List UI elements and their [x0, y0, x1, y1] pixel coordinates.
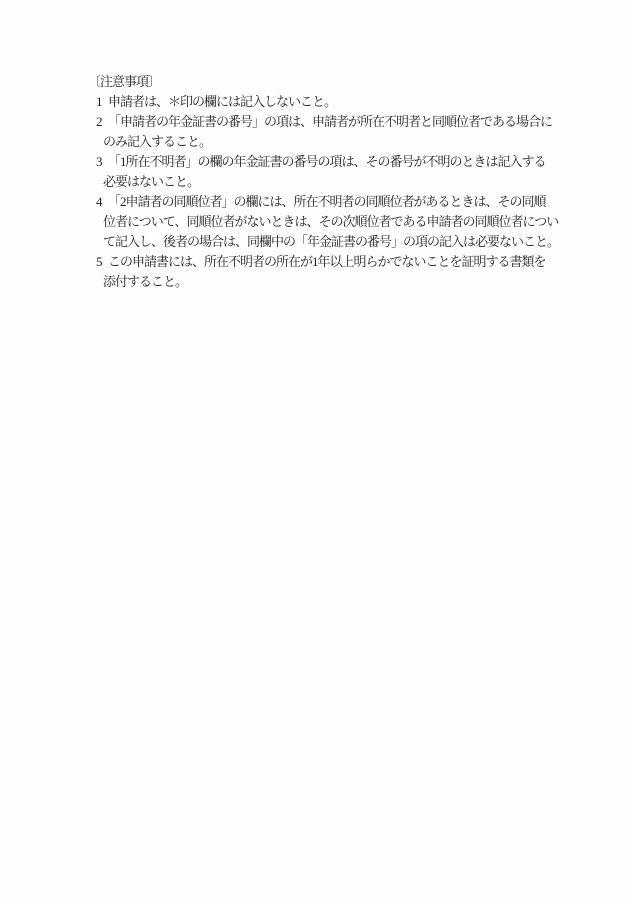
note-item-2-text: 「申請者の年金証書の番号」の項は、申請者が所在不明者と同順位者である場合に	[108, 114, 552, 129]
note-item-3-line-2: 必要はないこと。	[88, 172, 559, 192]
note-item-4-line-1: 4「2申請者の同順位者」の欄には、所在不明者の同順位者があるときは、その同順	[88, 192, 559, 212]
note-item-1-line-1: 1申請者は、＊印の欄には記入しないこと。	[88, 92, 559, 112]
note-item-5-line-1: 5この申請書には、所在不明者の所在が1年以上明らかでないことを証明する書類を	[88, 252, 559, 272]
note-item-3-number: 3	[96, 152, 108, 172]
note-item-5-text: この申請書には、所在不明者の所在が1年以上明らかでないことを証明する書類を	[108, 254, 546, 269]
note-item-1-text: 申請者は、＊印の欄には記入しないこと。	[108, 94, 336, 109]
notes-section: 〔注意事項〕 1申請者は、＊印の欄には記入しないこと。 2「申請者の年金証書の番…	[88, 72, 559, 292]
note-item-2-number: 2	[96, 112, 108, 132]
note-item-4-text: 「2申請者の同順位者」の欄には、所在不明者の同順位者があるときは、その同順	[108, 194, 546, 209]
note-item-4-line-3: て記入し、後者の場合は、同欄中の「年金証書の番号」の項の記入は必要ないこと。	[88, 232, 559, 252]
note-item-4-number: 4	[96, 192, 108, 212]
note-item-5-line-2: 添付すること。	[88, 272, 559, 292]
note-item-3-text: 「1所在不明者」の欄の年金証書の番号の項は、その番号が不明のときは記入する	[108, 154, 546, 169]
note-item-4-line-2: 位者について、同順位者がないときは、その次順位者である申請者の同順位者につい	[88, 212, 559, 232]
document-page: 〔注意事項〕 1申請者は、＊印の欄には記入しないこと。 2「申請者の年金証書の番…	[0, 0, 630, 903]
note-item-2-line-1: 2「申請者の年金証書の番号」の項は、申請者が所在不明者と同順位者である場合に	[88, 112, 559, 132]
note-item-1-number: 1	[96, 92, 108, 112]
note-item-3-line-1: 3「1所在不明者」の欄の年金証書の番号の項は、その番号が不明のときは記入する	[88, 152, 559, 172]
note-item-2-line-2: のみ記入すること。	[88, 132, 559, 152]
note-item-5-number: 5	[96, 252, 108, 272]
notes-heading: 〔注意事項〕	[88, 72, 559, 92]
